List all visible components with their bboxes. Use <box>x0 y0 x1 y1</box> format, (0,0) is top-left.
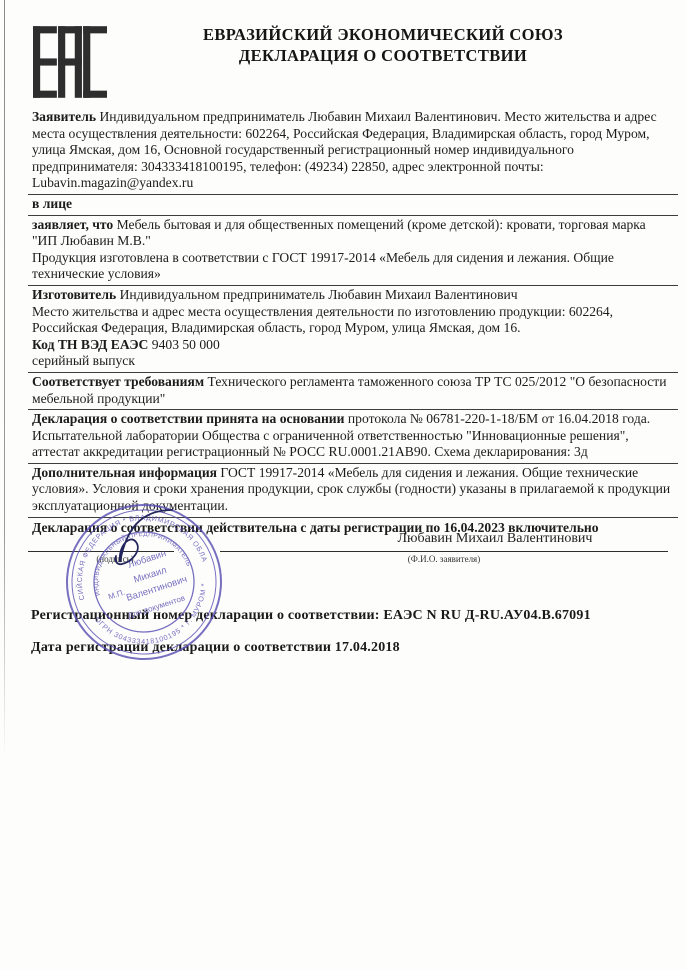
title-declaration: ДЕКЛАРАЦИЯ О СООТВЕТСТВИИ <box>148 45 618 66</box>
document-body: Заявитель Индивидуальном предприниматель… <box>28 108 678 538</box>
manufacturer-label: Изготовитель <box>32 287 116 302</box>
name-line <box>220 551 668 552</box>
serial-release-text: серийный выпуск <box>32 353 135 368</box>
title-union: ЕВРАЗИЙСКИЙ ЭКОНОМИЧЕСКИЙ СОЮЗ <box>148 24 618 45</box>
handwritten-signature <box>88 504 198 582</box>
applicant-section: Заявитель Индивидуальном предприниматель… <box>28 108 678 195</box>
document-title: ЕВРАЗИЙСКИЙ ЭКОНОМИЧЕСКИЙ СОЮЗ ДЕКЛАРАЦИ… <box>148 24 618 66</box>
applicant-signature-name: Любавин Михаил Валентинович <box>330 531 660 547</box>
fio-caption: (Ф.И.О. заявителя) <box>220 554 668 564</box>
complies-section: Соответствует требованиям Технического р… <box>28 373 678 410</box>
declares-section: заявляет, что Мебель бытовая и для общес… <box>28 216 678 286</box>
applicant-label: Заявитель <box>32 109 96 124</box>
tnved-code-label: Код ТН ВЭД ЕАЭС <box>32 337 148 352</box>
basis-label: Декларация о соответствии принята на осн… <box>32 411 344 426</box>
in-person-section: в лице <box>28 195 678 216</box>
eac-logo-icon <box>33 26 107 98</box>
additional-info-label: Дополнительная информация <box>32 465 217 480</box>
applicant-text: Индивидуальном предприниматель Любавин М… <box>32 109 657 174</box>
declares-label: заявляет, что <box>32 217 113 232</box>
stamp-mp-text: М.П. <box>107 588 126 602</box>
declares-made-text: Продукция изготовлена в соответствии с Г… <box>32 250 614 282</box>
manufacturer-section: Изготовитель Индивидуальном предпринимат… <box>28 286 678 373</box>
tnved-code-value: 9403 50 000 <box>152 337 220 352</box>
manufacturer-address: Место жительства и адрес места осуществл… <box>32 304 613 336</box>
basis-section: Декларация о соответствии принята на осн… <box>28 410 678 464</box>
applicant-email: Lubavin.magazin@yandex.ru <box>32 175 193 190</box>
scan-edge-artifact <box>4 0 5 760</box>
complies-label: Соответствует требованиям <box>32 374 204 389</box>
declares-text: Мебель бытовая и для общественных помеще… <box>32 217 646 249</box>
in-person-label: в лице <box>32 196 72 211</box>
manufacturer-text: Индивидуальном предприниматель Любавин М… <box>120 287 518 302</box>
declaration-document: ЕВРАЗИЙСКИЙ ЭКОНОМИЧЕСКИЙ СОЮЗ ДЕКЛАРАЦИ… <box>0 0 686 970</box>
